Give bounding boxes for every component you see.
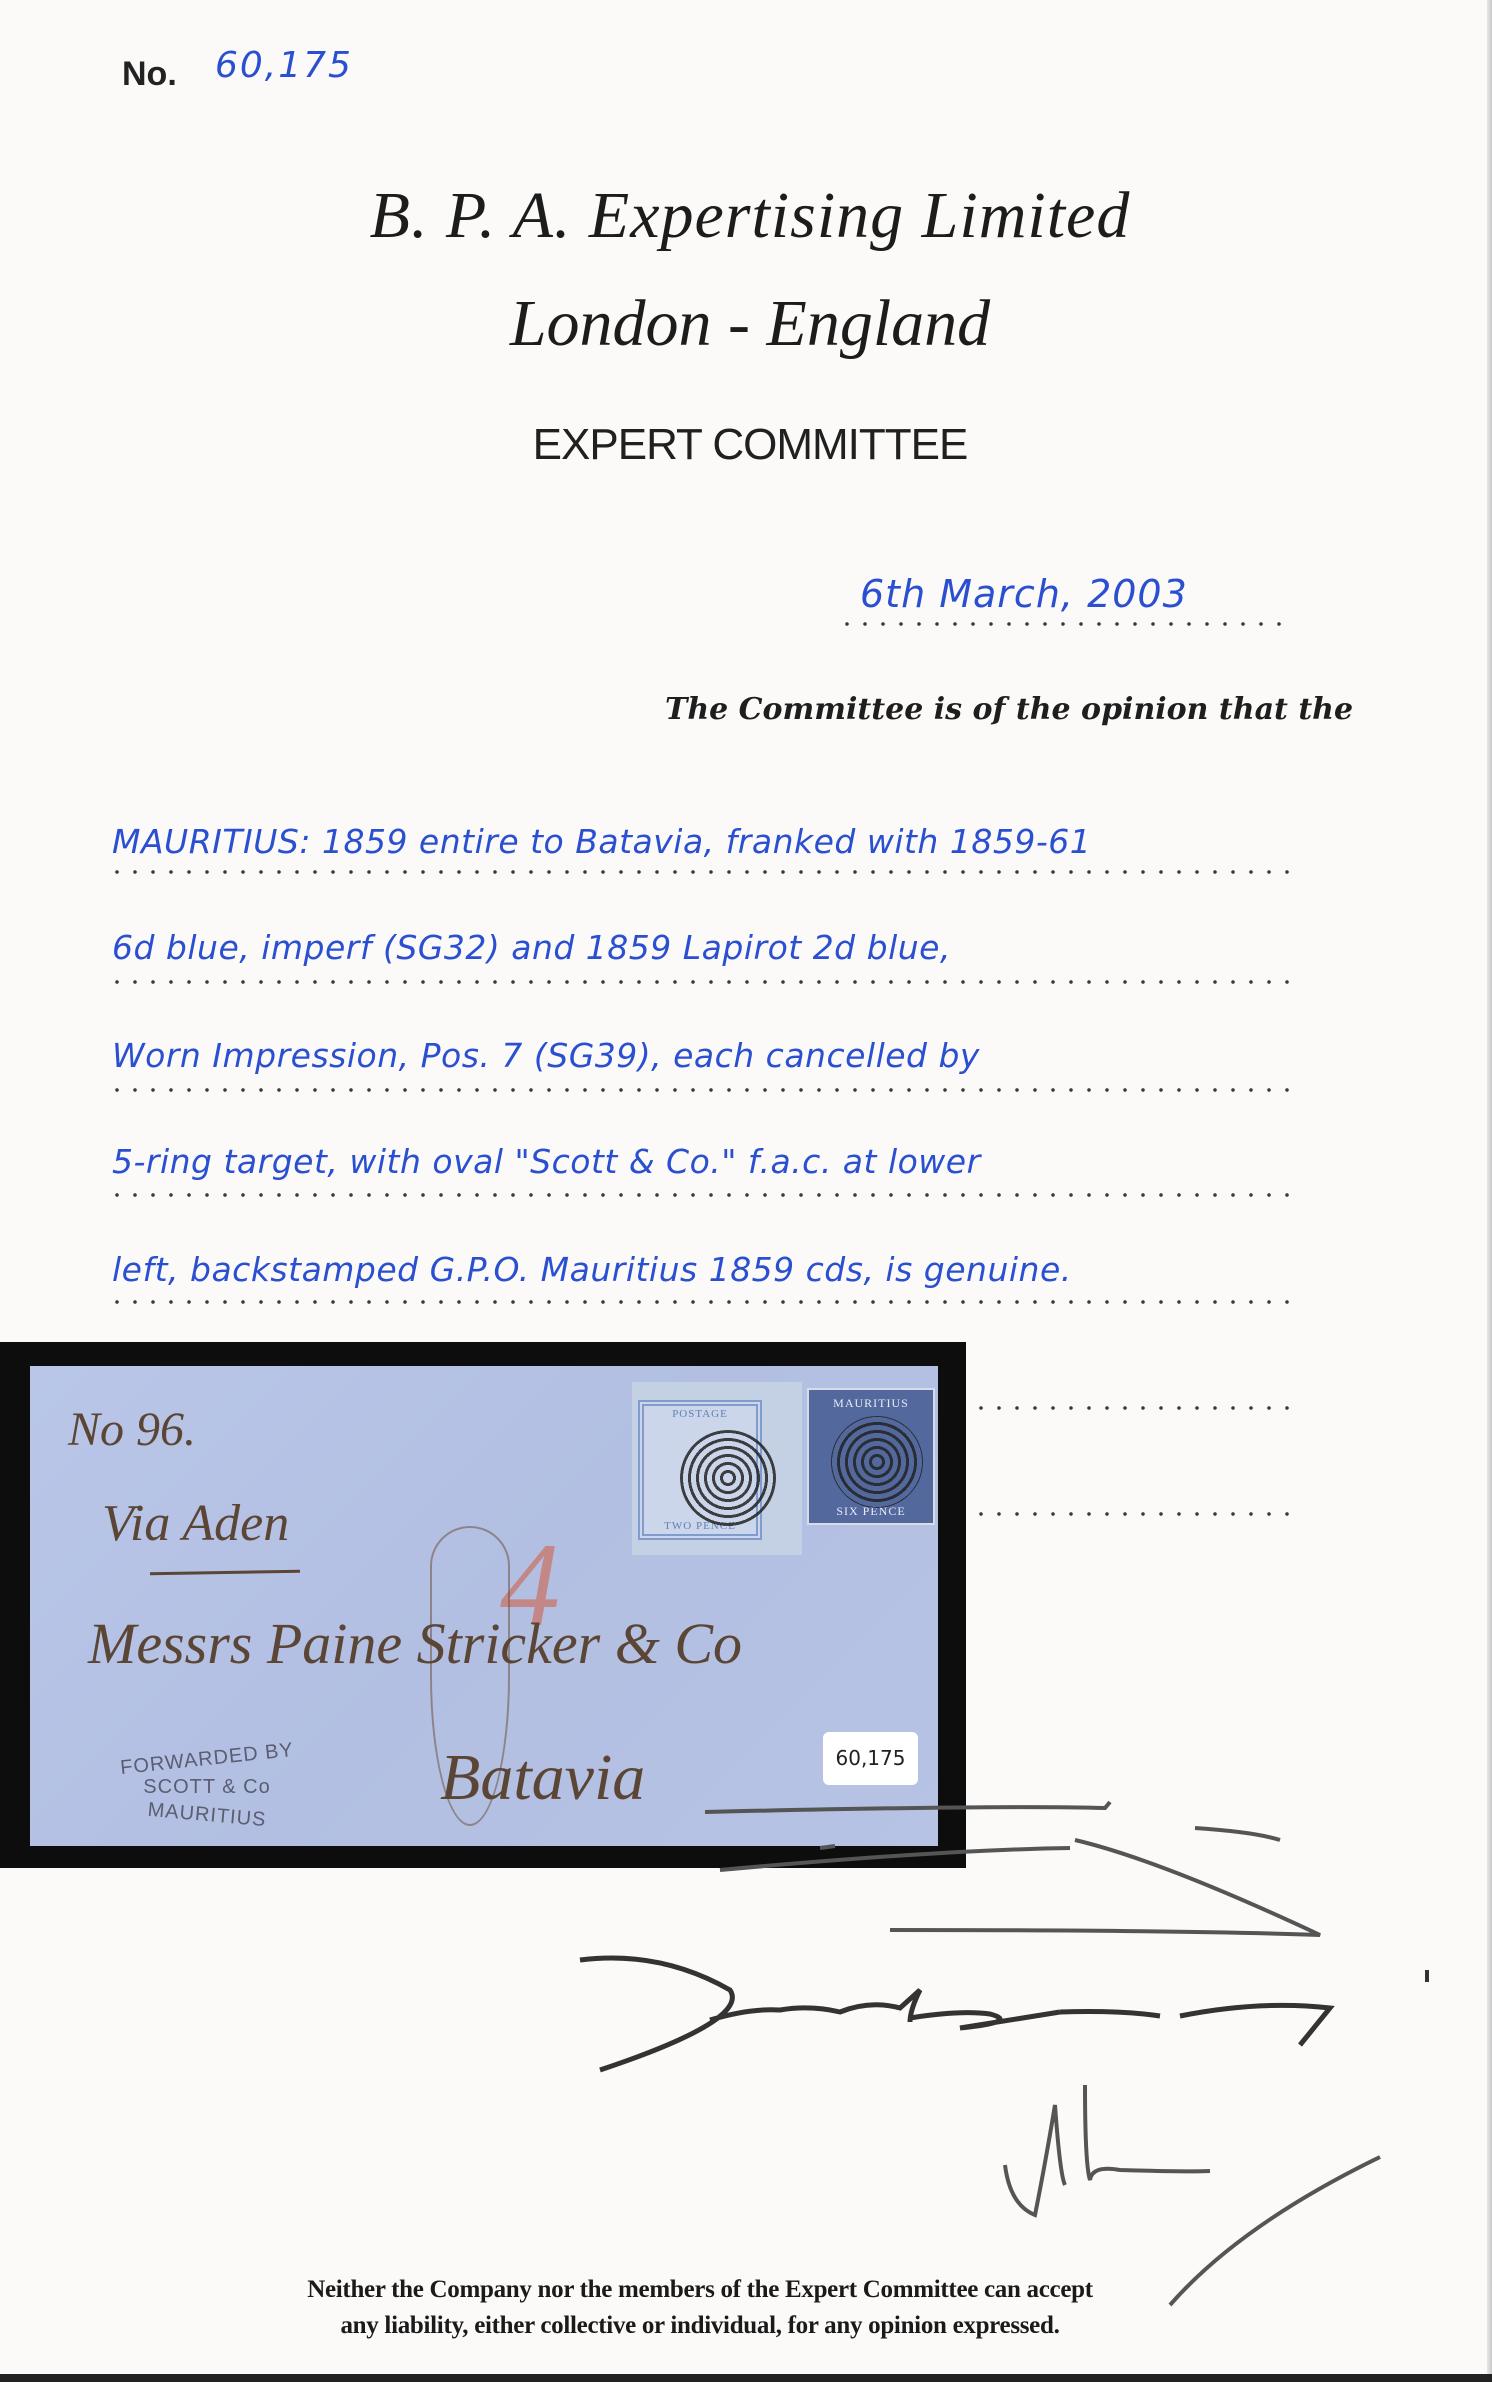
empty-dotted-line <box>972 1406 1292 1410</box>
company-location: London - England <box>300 286 1200 362</box>
target-cancel-icon <box>680 1430 776 1526</box>
empty-dotted-line <box>972 1512 1292 1516</box>
stamp-2d-lapirot: POSTAGE TWO PENCE <box>632 1382 802 1555</box>
opinion-dotted-line <box>108 1300 1294 1304</box>
stamp-2d-top-label: POSTAGE <box>644 1408 756 1420</box>
date-dotted-line <box>838 622 1294 626</box>
committee-heading: EXPERT COMMITTEE <box>300 420 1200 470</box>
target-cancel-icon <box>831 1416 923 1508</box>
stamp-6d-blue: MAURITIUS SIX PENCE <box>807 1388 935 1525</box>
signature-2 <box>580 1950 1450 2080</box>
addressee-line1: Messrs Paine Stricker & Co <box>88 1610 742 1677</box>
opinion-dotted-line <box>108 870 1294 874</box>
certificate-date: 6th March, 2003 <box>860 572 1188 616</box>
company-name: B. P. A. Expertising Limited <box>300 178 1200 254</box>
addressee-line2: Batavia <box>440 1740 645 1816</box>
opinion-dotted-line <box>108 1193 1294 1197</box>
liability-disclaimer: Neither the Company nor the members of t… <box>150 2272 1250 2344</box>
disclaimer-line: any liability, either collective or indi… <box>150 2308 1250 2344</box>
route-underline <box>150 1570 300 1576</box>
opinion-dotted-line <box>108 980 1294 984</box>
page-bottom-edge <box>0 2374 1492 2382</box>
stamp-6d-top-label: MAURITIUS <box>809 1396 933 1411</box>
opinion-line: Worn Impression, Pos. 7 (SG39), each can… <box>112 1036 980 1075</box>
cover-reference-label: 60,175 <box>823 1732 918 1785</box>
signature-3 <box>990 2085 1410 2255</box>
opinion-line: left, backstamped G.P.O. Mauritius 1859 … <box>112 1250 1072 1289</box>
opinion-line: MAURITIUS: 1859 entire to Batavia, frank… <box>112 822 1091 861</box>
certificate-number-value: 60,175 <box>215 45 353 86</box>
disclaimer-line: Neither the Company nor the members of t… <box>150 2272 1250 2308</box>
forwarded-by-handstamp: FORWARDED BY SCOTT & Co MAURITIUS <box>92 1745 322 1837</box>
opinion-line: 5-ring target, with oval "Scott & Co." f… <box>112 1142 981 1181</box>
route-note: Via Aden <box>102 1494 289 1553</box>
docket-number: No 96. <box>68 1402 196 1457</box>
page-right-edge <box>1487 0 1492 2382</box>
signature-1 <box>700 1800 1430 1950</box>
opinion-dotted-line <box>108 1088 1294 1092</box>
certificate-number-label: No. <box>122 55 177 94</box>
opinion-line: 6d blue, imperf (SG32) and 1859 Lapirot … <box>112 928 951 967</box>
opinion-intro: The Committee is of the opinion that the <box>665 692 1353 727</box>
